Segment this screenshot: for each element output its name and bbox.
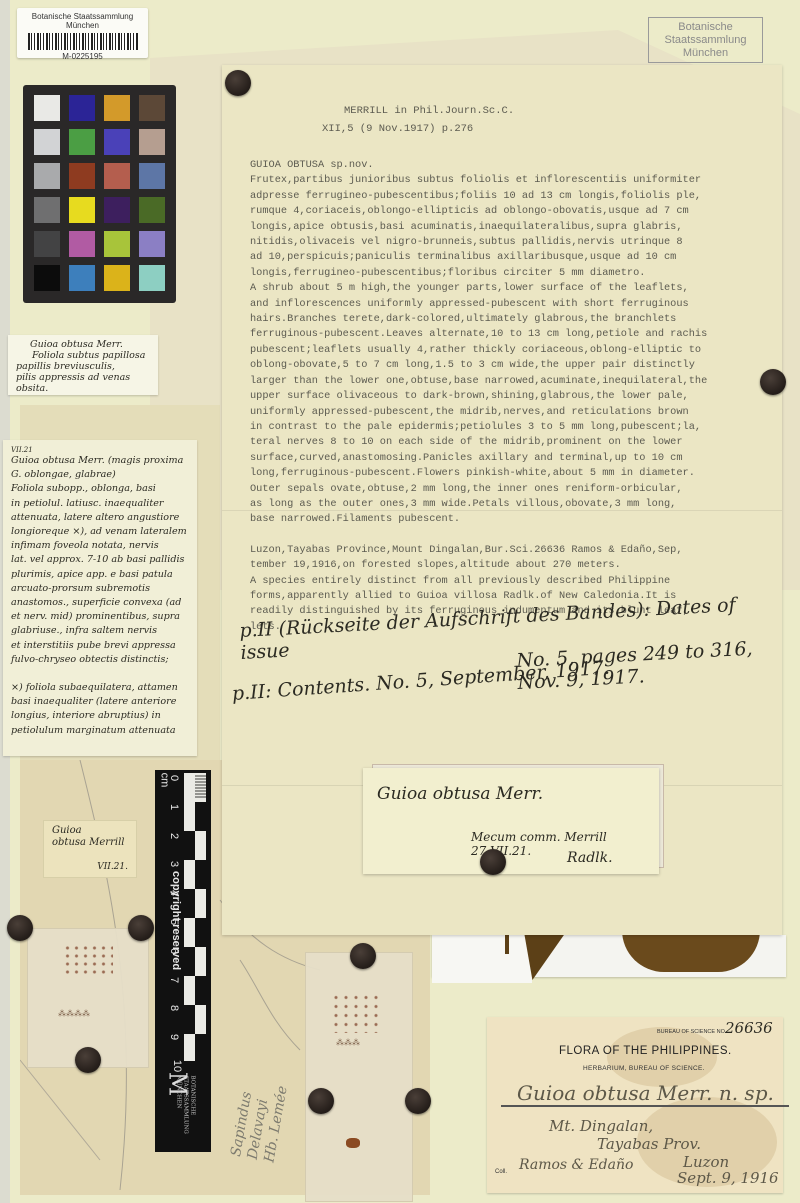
note-line: anastomos., superficie convexa (ad — [11, 596, 189, 610]
handwritten-note-small: Guioa obtusa Merr. Foliola subtus papill… — [8, 335, 158, 395]
color-swatch — [104, 95, 130, 121]
note-header: VII.21 — [11, 446, 189, 454]
color-swatch — [139, 265, 165, 291]
note-line: longioreque ×), ad venam lateralem — [11, 525, 189, 539]
typed-line: ferruginous-pubescent.Leaves alternate,1… — [250, 327, 775, 342]
note-line: Guioa obtusa Merr. (magis proxima — [11, 454, 189, 468]
stamp-line: Botanische — [649, 21, 762, 34]
typed-line: tember 19,1916,on forested slopes,altitu… — [250, 558, 775, 573]
magnet — [225, 70, 251, 96]
typed-line: larger than the lower one,obtuse,base na… — [250, 374, 775, 389]
typed-line: GUIOA OBTUSA sp.nov. — [250, 158, 775, 173]
color-swatch — [34, 231, 60, 257]
color-swatch — [104, 197, 130, 223]
typed-line: long,ferruginous-pubescent.Flowers pinki… — [250, 466, 775, 481]
typed-line: and inflorescences uniformly appressed-p… — [250, 297, 775, 312]
color-swatch — [104, 231, 130, 257]
stamp-line: Staatssammlung — [649, 34, 762, 47]
ruler-tick-label: 1 — [168, 804, 180, 810]
color-swatch — [34, 163, 60, 189]
ruler-ticks-icon — [184, 773, 206, 1061]
typed-description: GUIOA OBTUSA sp.nov.Frutex,partibus juni… — [250, 158, 775, 635]
label-subtitle: HERBARIUM, BUREAU OF SCIENCE. — [583, 1065, 705, 1072]
label-line: obtusa Merrill — [52, 837, 128, 849]
label-locality: Mt. Dingalan, — [549, 1117, 653, 1135]
magnet — [128, 915, 154, 941]
typed-line: hairs.Branches terete,dark-colored,ultim… — [250, 312, 775, 327]
collection-label: BUREAU OF SCIENCE NO. 26636 FLORA OF THE… — [487, 1017, 783, 1193]
ruler-institution-line: BOTANISCHE — [189, 1076, 196, 1156]
typed-line: A species entirely distinct from all pre… — [250, 574, 775, 589]
typed-line: as long as the outer ones,3 mm wide.Peta… — [250, 497, 775, 512]
label-locality: Tayabas Prov. — [597, 1135, 701, 1153]
color-swatch — [139, 231, 165, 257]
color-swatch — [104, 129, 130, 155]
note-line: pilis appressis ad venas — [16, 372, 150, 383]
color-swatch — [69, 231, 95, 257]
barcode-label: Botanische Staatssammlung München M-0225… — [17, 8, 148, 58]
note-line: papillis breviusculis, — [16, 361, 150, 372]
note-line: arcuato-prorsum subremotis — [11, 582, 189, 596]
magnet — [7, 915, 33, 941]
typed-line: nitidis,olivaceis vel nigro-brunneis,sub… — [250, 235, 775, 250]
label-species: Guioa obtusa Merr. n. sp. — [517, 1081, 774, 1105]
det-signature: Radlk. — [567, 850, 613, 866]
bureau-number: 26636 — [725, 1019, 773, 1037]
color-swatch — [34, 265, 60, 291]
color-swatch — [34, 95, 60, 121]
magnet — [75, 1047, 101, 1073]
magnet — [350, 943, 376, 969]
determination-slip: Guioa obtusa Merr. Mecum comm. Merrill 2… — [363, 768, 659, 874]
label-small: Guioa obtusa Merrill VII.21. — [43, 820, 137, 878]
ruler-tick-label: 6 — [168, 948, 180, 954]
color-swatch — [104, 163, 130, 189]
note-line: lat. vel approx. 7-10 ab basi pallidis — [11, 553, 189, 567]
typed-line: adpresse ferrugineo-pubescentibus;foliis… — [250, 189, 775, 204]
barcode-icon — [28, 33, 138, 50]
ruler-unit: cm — [158, 773, 170, 788]
ruler-tick-label: 7 — [168, 977, 180, 983]
note-line: Foliola subopp., oblonga, basi — [11, 482, 189, 496]
reference-line: MERRILL in Phil.Journ.Sc.C. — [344, 105, 514, 117]
note-line — [11, 667, 189, 681]
color-swatch — [69, 163, 95, 189]
stain — [607, 1027, 717, 1087]
note-line: infimam foveola notata, nervis — [11, 539, 189, 553]
typed-line: Outer sepals ovate,obtuse,2 mm long,the … — [250, 482, 775, 497]
specimen-board-corner — [432, 935, 532, 983]
ruler-tick-label: 9 — [168, 1034, 180, 1040]
note-line: basi inaequaliter (latere anteriore — [11, 695, 189, 709]
typed-line: uniformly appressed-pubescent,the midrib… — [250, 405, 775, 420]
typed-line: Frutex,partibus junioribus subtus foliol… — [250, 173, 775, 188]
color-swatch — [139, 197, 165, 223]
handwritten-note: p.II: Contents. No. 5, September, 1917. — [231, 657, 610, 705]
stamp-line: München — [649, 47, 762, 60]
typed-line: longis,apice obtusis,basi acuminatis,ina… — [250, 220, 775, 235]
coll-label: Coll. — [495, 1169, 507, 1175]
note-line: glabriuse., infra saltem nervis — [11, 624, 189, 638]
note-line: G. oblongae, glabrae) — [11, 468, 189, 482]
typed-line: pubescent;leaflets usually 4,rather thic… — [250, 343, 775, 358]
note-line: Foliola subtus papillosa — [16, 350, 150, 361]
color-swatch — [34, 197, 60, 223]
typed-line: teral nerves 8 to 10 on each side of the… — [250, 435, 775, 450]
note-line: et interstitiis pube brevi appressa — [11, 639, 189, 653]
ruler-institution-line: MÜNCHEN — [175, 1076, 182, 1156]
color-calibration-chart — [23, 85, 176, 303]
color-swatch — [69, 265, 95, 291]
typed-line: Luzon,Tayabas Province,Mount Dingalan,Bu… — [250, 543, 775, 558]
typed-line: surface,curved,anastomosing.Panicles axi… — [250, 451, 775, 466]
color-swatch — [34, 129, 60, 155]
typed-line: ad 10,perspicuis;paniculis terminalibus … — [250, 250, 775, 265]
scale-ruler: copyright reserved M BOTANISCHE STAATSSA… — [155, 770, 211, 1152]
note-line: fulvo-chryseo obtectis distinctis; — [11, 653, 189, 667]
note-line: in petiolul. latiusc. inaequaliter — [11, 497, 189, 511]
typed-line: in contrast to the pale epidermis;petiol… — [250, 420, 775, 435]
ruler-tick-label: 8 — [168, 1005, 180, 1011]
magnet — [308, 1088, 334, 1114]
ruler-tick-label: 3 — [168, 861, 180, 867]
ruler-scale — [184, 773, 206, 1061]
typed-line: oblong-obovate,5 to 7 cm long,1.5 to 3 c… — [250, 358, 775, 373]
bureau-number-label: BUREAU OF SCIENCE NO. — [657, 1029, 726, 1035]
plant-fragments — [331, 993, 381, 1033]
ruler-tick-label: 10 — [171, 1060, 183, 1072]
color-swatch — [139, 163, 165, 189]
color-swatch — [104, 265, 130, 291]
institution-name: Botanische Staatssammlung München — [17, 12, 148, 30]
typed-line: base narrowed.Filaments pubescent. — [250, 512, 775, 527]
handwritten-note-large: VII.21 Guioa obtusa Merr. (magis proxima… — [3, 440, 197, 756]
specimen-id: M-0225195 — [17, 52, 148, 61]
plant-fragments: ⁂⁂⁂⁂ — [58, 1009, 90, 1018]
typed-line: longis,ferrugineo-pubescentibus;floribus… — [250, 266, 775, 281]
note-line: longius, interiore abruptius) in — [11, 709, 189, 723]
plant-fragments: ⁂⁂⁂ — [336, 1038, 360, 1047]
note-line: ×) foliola subaequilatera, attamen — [11, 681, 189, 695]
typed-line: rumque 4,coriaceis,oblongo-ellipticis ad… — [250, 204, 775, 219]
note-line: Guioa obtusa Merr. — [16, 339, 150, 350]
magnet — [760, 369, 786, 395]
label-date: Sept. 9, 1916 — [677, 1169, 779, 1187]
ruler-institution-line: STAATSSAMMLUNG — [182, 1076, 189, 1156]
color-swatch — [69, 129, 95, 155]
note-line: plurimis, apice app. e basi patula — [11, 568, 189, 582]
color-swatch — [139, 95, 165, 121]
magnet — [405, 1088, 431, 1114]
leaf-blade — [622, 930, 760, 972]
ruler-tick-label: 5 — [168, 919, 180, 925]
label-collectors: Ramos & Edaño — [519, 1157, 633, 1173]
note-line: attenuata, latere altero angustiore — [11, 511, 189, 525]
note-line: obsita. — [16, 383, 150, 394]
institution-stamp: Botanische Staatssammlung München — [648, 17, 763, 63]
note-line: petiolulum marginatum attenuata — [11, 724, 189, 738]
label-title: FLORA OF THE PHILIPPINES. — [559, 1045, 732, 1057]
color-swatch — [69, 95, 95, 121]
color-swatch — [69, 197, 95, 223]
ruler-tick-label: 4 — [168, 890, 180, 896]
leaf-stem — [505, 932, 509, 954]
ruler-institution: BOTANISCHE STAATSSAMMLUNG MÜNCHEN — [175, 1076, 196, 1156]
typed-line: upper surface olivaceous to dark-brown,s… — [250, 389, 775, 404]
ruler-tick-label: 2 — [168, 833, 180, 839]
typed-line: A shrub about 5 m high,the younger parts… — [250, 281, 775, 296]
label-line: Guioa — [52, 825, 128, 837]
note-line: et nerv. mid) prominentibus, supra — [11, 610, 189, 624]
reference-line: XII,5 (9 Nov.1917) p.276 — [322, 123, 473, 135]
plant-fragments — [63, 944, 113, 974]
color-swatch — [139, 129, 165, 155]
label-divider — [501, 1105, 789, 1107]
label-line: VII.21. — [52, 861, 128, 873]
det-name: Guioa obtusa Merr. — [377, 784, 543, 804]
magnet — [480, 849, 506, 875]
